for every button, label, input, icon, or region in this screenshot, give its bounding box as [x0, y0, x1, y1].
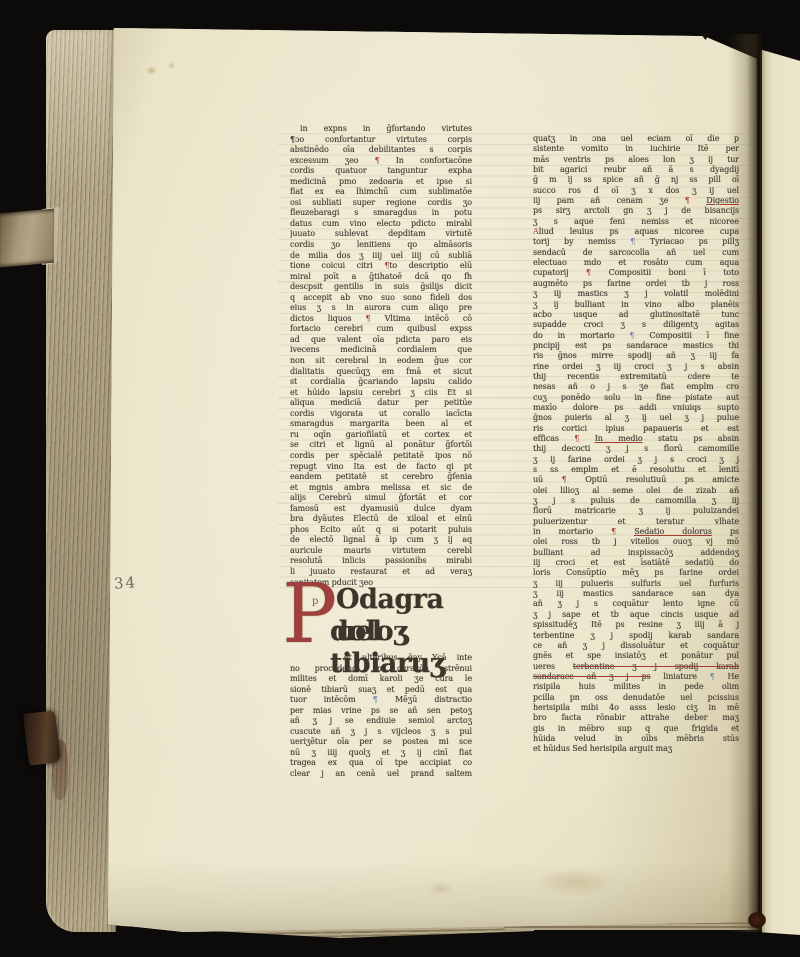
text-run: electuao mdo et rosāto cum aqua: [533, 258, 739, 267]
text-run: torij by nemiss: [533, 237, 630, 246]
text-run: et hūido lapsiu cerebri ʒ ciis Et si: [290, 388, 472, 397]
text-line: osi subliati super regione cordis ʒo: [290, 198, 472, 209]
text-line: bro facta rōnabir attrahe deber maʒ: [533, 713, 739, 723]
text-run: ps sirʒ arctoli gn ʒ j de bisancijs: [533, 206, 739, 215]
text-line: ru oqīn gariofilatū et cortex et: [290, 430, 472, 441]
text-line: excessum ʒeo ¶ In confortacōne: [290, 156, 472, 167]
text-run: mās ventris ps aloes lon ʒ ij tur: [533, 155, 739, 164]
text-line: medicinā pmo zedoaria et ipse si: [290, 177, 472, 188]
text-run: iij croci et est īsatiātē sedatiū do: [533, 558, 739, 567]
manuscript-photo: 34 in expns in ḡfortando virtutes¶ɔo con…: [0, 0, 800, 957]
text-run: cordis per spēcialē petitatē ipos nō: [290, 451, 472, 460]
chapter-heading: P p Odagra uel doloʒ tibiaruʒ: [286, 586, 486, 656]
folio-number: 34: [113, 573, 137, 593]
text-run: ʒ s aque feni nemiss et nicoree: [533, 217, 739, 226]
text-run: thij decocti ʒ j s florū camomille: [533, 444, 739, 453]
text-run: et mgnis ambra melissa et sic de: [290, 483, 472, 492]
red-struck-text: sandarace añ ʒ j ps: [533, 672, 651, 681]
text-run: succo ros d oī ʒ x dos ʒ ij uel: [533, 186, 739, 195]
text-run: auricule mauris virtutem cerebl: [290, 546, 472, 555]
text-run: pncipij est ps sandarace mastics thi: [533, 341, 739, 350]
text-run: liniature: [651, 672, 710, 681]
text-run: tuor intēcōm: [290, 695, 373, 704]
text-run: se citri et lignū al ponātur ḡfortōi: [290, 440, 472, 449]
text-line: tione coicui citri ¶to descriptio elū: [290, 261, 472, 272]
text-run: bit agarici reubr añ ā s dyagdij: [533, 165, 739, 174]
text-line: smaragdus margarita been al et: [290, 419, 472, 430]
text-run: iij pam añ cenam ʒe: [533, 196, 685, 205]
text-run: de electō lignal ā ip cum ʒ ij aq: [290, 535, 472, 544]
text-line: augmēto ps farine ordei tb j ross: [533, 279, 739, 289]
text-run: ce añ ʒ j dissoluātur et coquātur: [533, 641, 739, 650]
text-run: sendacū de sarcocolla añ uel cum: [533, 248, 739, 257]
text-line: succo ros d oī ʒ x dos ʒ ij uel: [533, 186, 739, 196]
text-line: fiat ex ea lhimchū cum sublimatōe: [290, 187, 472, 198]
text-run: hūida velud in oībs mēbris stūs: [533, 734, 739, 743]
text-run: fortacio cerebri cum quibusl expss: [290, 324, 472, 333]
text-run: tragea ex qua oī tpe accipiat co: [290, 758, 472, 767]
text-run: juuato sublevat depditam virtutē: [290, 229, 472, 238]
text-line: ris cortici ipius papaueris et est: [533, 424, 739, 434]
text-run: cordis ʒo lenitiens qo almāsoris: [290, 240, 472, 249]
red-underlined-text: Sedatio dolorus: [634, 527, 712, 536]
text-run: cuʒ ponēdo solu in fine pistate aut: [533, 393, 739, 402]
text-line: se citri et lignū al ponātur ḡfortōi: [290, 440, 472, 451]
text-run: per mias vrine ps se añ sen petoʒ: [290, 706, 472, 715]
text-run: ḡ m ij ss spice añ ḡ nj ss pill oī: [533, 175, 739, 184]
text-run: q accepit ab vno suo sono fideli dos: [290, 293, 472, 302]
text-run: thij recentis extremitatū cdere te: [533, 372, 739, 381]
text-line: do in mortario ¶ Compositii ī fine: [533, 331, 739, 341]
text-line: hūida velud in oībs mēbris stūs: [533, 734, 739, 744]
text-line: resolutā inlicis passionibs mirabi: [290, 556, 472, 567]
text-line: nesas añ o j s ʒe fiat emplm cro: [533, 382, 739, 392]
text-run: cordis vigorata ut corallo iacīcta: [290, 409, 472, 418]
text-line: sendacū de sarcocolla añ uel cum: [533, 248, 739, 258]
heading-line-2: doloʒ tibiaruʒ: [330, 616, 486, 680]
text-run: sistente vomito in iuchirie Itē per: [533, 144, 739, 153]
text-run: sionē tibiarū suaʒ et pedū est qua: [290, 685, 472, 694]
text-run: tione coicui citri: [290, 261, 384, 270]
text-line: fortacio cerebri cum quibusl expss: [290, 324, 472, 335]
facing-page-sliver: [760, 44, 800, 935]
text-line: ueriʒētur oīa per se postea mi sce: [290, 737, 472, 748]
clasp-strap-bottom: [23, 710, 61, 766]
text-run: in mortario: [533, 527, 611, 536]
text-run: dialitatis quecūqʒ em fmā et sicut: [290, 367, 472, 376]
text-line: datus cum vino electo pdicto mirabl: [290, 219, 472, 230]
text-run: bulliant ad inspissacōʒ addendoʒ: [533, 548, 739, 557]
text-line: uū ¶ Optiū resolutiuū ps amicte: [533, 475, 739, 485]
text-run: ps: [712, 527, 739, 536]
text-run: risipila huis milites in pede olim: [533, 682, 739, 691]
text-run: In confortacōne: [380, 156, 472, 165]
text-line: loris Consūptio mēʒ ps farine ordei: [533, 568, 739, 578]
text-line: spissitudēʒ Itē ps resine ʒ iiij ā j: [533, 620, 739, 630]
text-run: Compositii boni ī toto: [591, 268, 739, 277]
text-line: torij by nemiss ¶ Tyriacao ps pillʒ: [533, 237, 739, 247]
text-line: ps sirʒ arctoli gn ʒ j de bisancijs: [533, 206, 739, 216]
text-run: añ ʒ j se endiuie semiol arctoʒ: [290, 716, 472, 725]
text-line: de milia dos ʒ iiij uel iiij cū subliā: [290, 251, 472, 262]
text-line: ʒ ij bulliant in vino albo planēis: [533, 300, 739, 310]
text-run: cordis quatuor tanguntur expha: [290, 166, 472, 175]
text-line: famosū est dyamusiū dulce dyam: [290, 504, 472, 515]
text-line: terbentine ʒ j spodij karab sandara: [533, 631, 739, 641]
text-run: olei lilioʒ al seme olei de zizab añ: [533, 486, 739, 495]
text-line: phos Ecito aūt q si potarit puluis: [290, 525, 472, 536]
guide-letter: p: [312, 596, 318, 607]
text-line: nū ʒ iiij quolʒ et ʒ ij cinī fiat: [290, 748, 472, 759]
text-line: gis in mēbro sup q que frigida et: [533, 724, 739, 734]
text-run: eius ʒ s in aurora cum aliqo pre: [290, 303, 472, 312]
text-run: do in mortario: [533, 331, 629, 340]
text-run: dictos liquos: [290, 314, 366, 323]
text-run: ris ḡnos mirre spodij añ ʒ iij fa: [533, 351, 739, 360]
text-run: acbo usque ad glutinositatē tunc: [533, 310, 739, 319]
text-line: auricule mauris virtutem cerebl: [290, 546, 472, 557]
text-run: liud leuius ps aquas nicoree cupa: [539, 227, 739, 236]
text-run: in expns in ḡfortando virtutes: [300, 124, 472, 133]
text-run: rine ordei ʒ iij croci ʒ j s absin: [533, 362, 739, 371]
text-line: tuor intēcōm ¶ Mēʒū distractio: [290, 695, 472, 706]
text-line: herisipila mibi 4o asss lesio ciʒ in mē: [533, 703, 739, 713]
text-run: descpsit gentilis in suis ḡsilijs dicit: [290, 282, 472, 291]
text-run: clear j an cenā uel prand saltem: [290, 769, 472, 778]
text-run: cuscute añ ʒ j s vijcleos ʒ s pul: [290, 727, 472, 736]
text-run: Optiū resolutiuū ps amicte: [567, 475, 739, 484]
text-run: añ ʒ j s coquātur lento igne cū: [533, 599, 739, 608]
text-run: pcilla pn oss denudatōe uel pcissius: [533, 693, 739, 702]
text-line: ʒ iij mastics ʒ j volatil molēdini: [533, 289, 739, 299]
text-line: rine ordei ʒ iij croci ʒ j s absin: [533, 362, 739, 372]
text-run: ḡnos puieris al ʒ ij uel ʒ j pulue: [533, 413, 739, 422]
page-stain: [146, 66, 157, 75]
text-run: eandem petitatē st cerebro ḡfenia: [290, 472, 472, 481]
text-line: Aliud leuius ps aquas nicoree cupa: [533, 227, 739, 237]
text-line: ʒ j sape et tb aque cincis usque ad: [533, 610, 739, 620]
text-run: ʒ ij farine ordei ʒ j s croci ʒ j: [533, 455, 739, 464]
text-run: florū matricarie ʒ ij puluizandei: [533, 506, 739, 515]
text-run: osi subliati super regione cordis ʒo: [290, 198, 472, 207]
text-line: florū matricarie ʒ ij puluizandei: [533, 506, 739, 516]
text-line: risipila huis milites in pede olim: [533, 682, 739, 692]
text-run: uū: [533, 475, 562, 484]
text-run: non sit cerebral in eodem ḡue cor: [290, 356, 472, 365]
text-line: eandem petitatē st cerebro ḡfenia: [290, 472, 472, 483]
text-run: ueres: [533, 662, 573, 671]
text-run: nesas añ o j s ʒe fiat emplm cro: [533, 382, 739, 391]
text-run: fiat ex ea lhimchū cum sublimatōe: [290, 187, 472, 196]
text-run: statu ps absin: [643, 434, 739, 443]
text-column-right: quatʒ in ɔna uel eciam oī die psistente …: [533, 134, 739, 755]
text-run: datus cum vino electo pdicto mirabl: [290, 219, 472, 228]
text-line: iij pam añ cenam ʒe ¶ Digestio: [533, 196, 739, 206]
text-line: ris ḡnos mirre spodij añ ʒ iij fa: [533, 351, 739, 361]
text-line: mās ventris ps aloes lon ʒ ij tur: [533, 155, 739, 165]
text-line: supadde croci ʒ s diligentʒ agitas: [533, 320, 739, 330]
text-line: cuscute añ ʒ j s vijcleos ʒ s pul: [290, 727, 472, 738]
text-run: nū ʒ iiij quolʒ et ʒ ij cinī fiat: [290, 748, 472, 757]
text-line: tragea ex qua oī tpe accipiat co: [290, 758, 472, 769]
text-run: abstinēdo oīa debilitantes s corpis: [290, 145, 472, 154]
text-line: cordis ʒo lenitiens qo almāsoris: [290, 240, 472, 251]
text-run: famosū est dyamusiū dulce dyam: [290, 504, 472, 513]
text-run: s ss emplm et ē resolutiu et lenitī: [533, 465, 739, 474]
text-line: ʒ iij mastics sandarace san dya: [533, 589, 739, 599]
text-run: ʒ j s puluis de camomilla ʒ iij: [533, 496, 739, 505]
text-run: ivecens medicinā cordialem que: [290, 345, 472, 354]
text-line: ivecens medicinā cordialem que: [290, 345, 472, 356]
text-line: q accepit ab vno suo sono fideli dos: [290, 293, 472, 304]
text-line: olei lilioʒ al seme olei de zizab añ: [533, 486, 739, 496]
text-run: bro facta rōnabir attrahe deber maʒ: [533, 713, 739, 722]
text-run: ʒ iij pulueris sulfuris uel furfuris: [533, 579, 739, 588]
text-line: dialitatis quecūqʒ em fmā et sicut: [290, 367, 472, 378]
text-run: miral poīt a ḡtihatoē dcā qo fh: [290, 272, 472, 281]
text-run: efficas: [533, 434, 574, 443]
text-run: terbentine ʒ j spodij karab sandara: [533, 631, 739, 640]
text-line: gnēs et spe insiatōʒ et ponātur pul: [533, 651, 739, 661]
text-line: pncipij est ps sandarace mastics thi: [533, 341, 739, 351]
text-line: iij croci et est īsatiātē sedatiū do: [533, 558, 739, 568]
text-run: to descriptio elū: [389, 261, 472, 270]
text-line: ʒ ij farine ordei ʒ j s croci ʒ j: [533, 455, 739, 465]
text-line: efficas ¶ In medio statu ps absin: [533, 434, 739, 444]
text-run: augmēto ps farine ordei tb j ross: [533, 279, 739, 288]
text-run: Vltima intēcō cō: [371, 314, 472, 323]
text-run: et hūidus Sed herisipila arguit maʒ: [533, 744, 672, 753]
text-line: ʒ s aque feni nemiss et nicoree: [533, 217, 739, 227]
text-run: He: [715, 672, 739, 681]
text-run: smaragdus margarita been al et: [290, 419, 472, 428]
text-line: ce añ ʒ j dissoluātur et coquātur: [533, 641, 739, 651]
text-run: puluerizentur et teratur vlhate: [533, 517, 739, 526]
page-bottom-shading: [108, 860, 758, 932]
text-line: fleuzebaragi s smaragdus in potu: [290, 208, 472, 219]
text-line: thij decocti ʒ j s florū camomille: [533, 444, 739, 454]
text-run: ʒ j sape et tb aque cincis usque ad: [533, 610, 739, 619]
text-run: ʒ iij mastics sandarace san dya: [533, 589, 739, 598]
text-line: cupatorij ¶ Compositii boni ī toto: [533, 268, 739, 278]
text-line: maxīo dolore ps addi vniuiqs supto: [533, 403, 739, 413]
text-line: ʒ j s puluis de camomilla ʒ iij: [533, 496, 739, 506]
text-column-left-upper: in expns in ḡfortando virtutes¶ɔo confor…: [290, 124, 472, 588]
text-run: medicinā pmo zedoaria et ipse si: [290, 177, 472, 186]
text-line: pcilla pn oss denudatōe uel pcissius: [533, 693, 739, 703]
text-run: ¶ɔo confortantur virtutes corpis: [290, 135, 472, 144]
red-underlined-text: In medio: [595, 434, 643, 443]
text-line: cordis vigorata ut corallo iacīcta: [290, 409, 472, 420]
text-line: st cordialia ḡcariando lapsiu calido: [290, 377, 472, 388]
text-line: bra dyāutes Electū de xiloal et elnū: [290, 514, 472, 525]
text-run: ʒ iij mastics ʒ j volatil molēdini: [533, 289, 739, 298]
text-line: et hūidus Sed herisipila arguit maʒ: [533, 744, 739, 754]
text-line: acbo usque ad glutinositatē tunc: [533, 310, 739, 320]
text-line: cuʒ ponēdo solu in fine pistate aut: [533, 393, 739, 403]
text-run: maxīo dolore ps addi vniuiqs supto: [533, 403, 739, 412]
text-line: in expns in ḡfortando virtutes: [290, 124, 472, 135]
text-run: quatʒ in ɔna uel eciam oī die p: [533, 134, 739, 143]
text-line: cordis per spēcialē petitatē ipos nō: [290, 451, 472, 462]
text-run: repugt vino Ita est de facto qi pt: [290, 462, 472, 471]
text-run: ru oqīn gariofilatū et cortex et: [290, 430, 472, 439]
text-line: añ ʒ j se endiuie semiol arctoʒ: [290, 716, 472, 727]
text-line: ad que valent oīa pdicta paro eis: [290, 335, 472, 346]
text-line: ḡnos puieris al ʒ ij uel ʒ j pulue: [533, 413, 739, 423]
text-run: ʒ ij bulliant in vino albo planēis: [533, 300, 739, 309]
text-run: bra dyāutes Electū de xiloal et elnū: [290, 514, 472, 523]
text-line: non sit cerebral in eodem ḡue cor: [290, 356, 472, 367]
text-line: sionē tibiarū suaʒ et pedū est qua: [290, 685, 472, 696]
clasp-strap-top: [0, 209, 54, 268]
text-line: cordis quatuor tanguntur expha: [290, 166, 472, 177]
text-line: quatʒ in ɔna uel eciam oī die p: [533, 134, 739, 144]
text-line: descpsit gentilis in suis ḡsilijs dicit: [290, 282, 472, 293]
text-line: abstinēdo oīa debilitantes s corpis: [290, 145, 472, 156]
page-stain: [535, 868, 615, 896]
text-line: sandarace añ ʒ j ps liniature ¶ He: [533, 672, 739, 682]
text-line: olei ross tb j vitellos ouoʒ vj mō: [533, 537, 739, 547]
page-stain: [168, 62, 175, 69]
text-run: olei ross tb j vitellos ouoʒ vj mō: [533, 537, 739, 546]
text-run: herisipila mibi 4o asss lesio ciʒ in mē: [533, 703, 739, 712]
text-line: bit agarici reubr añ ā s dyagdij: [533, 165, 739, 175]
text-run: ris cortici ipius papaueris et est: [533, 424, 739, 433]
text-run: alijs Cerebrū simul ḡfortāt et cor: [290, 493, 472, 502]
text-run: st cordialia ḡcariando lapsiu calido: [290, 377, 472, 386]
text-line: añ ʒ j s coquātur lento igne cū: [533, 599, 739, 609]
text-line: eius ʒ s in aurora cum aliqo pre: [290, 303, 472, 314]
text-line: ḡ m ij ss spice añ ḡ nj ss pill oī: [533, 175, 739, 185]
text-run: ueriʒētur oīa per se postea mi sce: [290, 737, 472, 746]
text-run: supadde croci ʒ s diligentʒ agitas: [533, 320, 739, 329]
text-run: gnēs et spe insiatōʒ et ponātur pul: [533, 651, 739, 660]
text-run: [690, 196, 706, 205]
text-run: fleuzebaragi s smaragdus in potu: [290, 208, 472, 217]
text-line: ʒ iij pulueris sulfuris uel furfuris: [533, 579, 739, 589]
decorated-initial: P: [282, 582, 337, 648]
text-run: de milia dos ʒ iiij uel iiij cū subliā: [290, 251, 472, 260]
text-line: ueres terbentine ʒ j spodij karab: [533, 662, 739, 672]
text-run: spissitudēʒ Itē ps resine ʒ iiij ā j: [533, 620, 739, 629]
text-line: dictos liquos ¶ Vltima intēcō cō: [290, 314, 472, 325]
text-run: [579, 434, 594, 443]
red-struck-text: terbentine ʒ j spodij karab: [573, 662, 739, 671]
text-line: thij recentis extremitatū cdere te: [533, 372, 739, 382]
text-run: excessum ʒeo: [290, 156, 375, 165]
text-line: alijs Cerebrū simul ḡfortāt et cor: [290, 493, 472, 504]
text-line: in mortario ¶ Sedatio dolorus ps: [533, 527, 739, 537]
text-run: aliqua mediciā datur per petitūe: [290, 398, 472, 407]
text-line: de electō lignal ā ip cum ʒ ij aq: [290, 535, 472, 546]
text-line: et mgnis ambra melissa et sic de: [290, 483, 472, 494]
text-run: Compositii ī fine: [634, 331, 739, 340]
spine-knot: [748, 912, 766, 928]
text-run: [616, 527, 634, 536]
text-line: electuao mdo et rosāto cum aqua: [533, 258, 739, 268]
text-run: Mēʒū distractio: [378, 695, 472, 704]
text-line: s ss emplm et ē resolutiu et lenitī: [533, 465, 739, 475]
text-line: per mias vrine ps se añ sen petoʒ: [290, 706, 472, 717]
text-line: ¶ɔo confortantur virtutes corpis: [290, 135, 472, 146]
text-run: gis in mēbro sup q que frigida et: [533, 724, 739, 733]
text-line: sistente vomito in iuchirie Itē per: [533, 144, 739, 154]
text-run: loris Consūptio mēʒ ps farine ordei: [533, 568, 739, 577]
text-run: cupatorij: [533, 268, 586, 277]
text-run: Tyriacao ps pillʒ: [635, 237, 739, 246]
text-line: juuato sublevat depditam virtutē: [290, 229, 472, 240]
text-line: clear j an cenā uel prand saltem: [290, 769, 472, 780]
text-line: repugt vino Ita est de facto qi pt: [290, 462, 472, 473]
text-line: aliqua mediciā datur per petitūe: [290, 398, 472, 409]
page-stain: [428, 882, 454, 895]
text-run: resolutā inlicis passionibs mirabi: [290, 556, 472, 565]
text-line: puluerizentur et teratur vlhate: [533, 517, 739, 527]
text-run: ad que valent oīa pdicta paro eis: [290, 335, 472, 344]
red-underlined-text: Digestio: [706, 196, 739, 205]
text-line: bulliant ad inspissacōʒ addendoʒ: [533, 548, 739, 558]
text-line: miral poīt a ḡtihatoē dcā qo fh: [290, 272, 472, 283]
text-line: et hūido lapsiu cerebri ʒ ciis Et si: [290, 388, 472, 399]
text-run: phos Ecito aūt q si potarit puluis: [290, 525, 472, 534]
